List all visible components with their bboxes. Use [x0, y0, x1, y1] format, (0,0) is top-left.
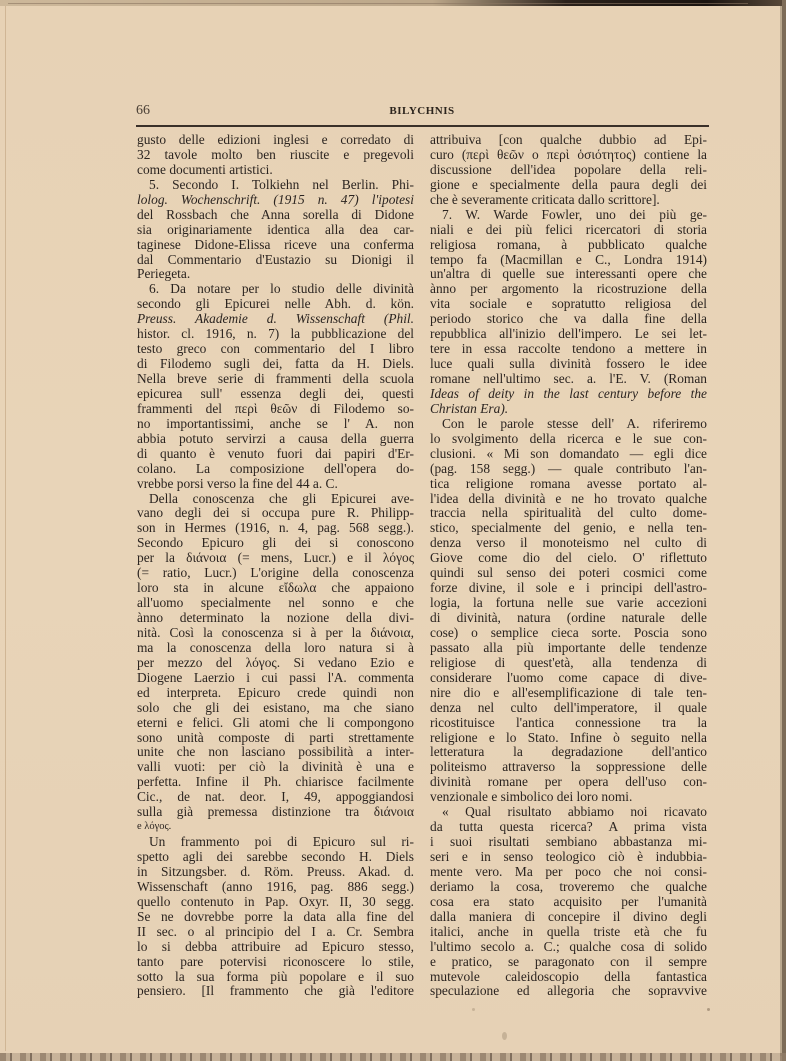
text-line: logia, la fortuna nelle sue varie accezi…: [430, 596, 707, 611]
text-line: mutevole caleidoscopio della fantastica: [430, 970, 707, 985]
left-column: gusto delle edizioni inglesi e corredato…: [137, 133, 414, 999]
text-line: unite che non lasciano possibilità a int…: [137, 745, 414, 760]
text-line: Diogene Laerzio i cui passi l'A. comment…: [137, 671, 414, 686]
text-line: i suoi risultati sembiano abbastanza mi-: [430, 835, 707, 850]
text-line: dal Commentario d'Eustazio su Dionigi il: [137, 253, 414, 268]
text-line: sia originariamente identica alla dea ca…: [137, 223, 414, 238]
text-line: mente vero. Ma per poco che noi consi-: [430, 865, 707, 880]
text-line: gusto delle edizioni inglesi e corredato…: [137, 133, 414, 148]
text-line: nità. Così la conoscenza si à per la διά…: [137, 626, 414, 641]
text-line: un'altra di quelle sue interessanti oper…: [430, 267, 707, 282]
text-line: vrebbe porsi verso la fine del 44 a. C.: [137, 477, 414, 492]
text-line: per la διάνοια (= mens, Lucr.) e il λόγο…: [137, 551, 414, 566]
text-line: son in Hermes (1916, n. 4, pag. 568 segg…: [137, 521, 414, 536]
text-line: letteratura la degradazione dell'antico: [430, 745, 707, 760]
page-top-edge-line: [8, 3, 748, 4]
paper-stain: [502, 1032, 507, 1040]
text-line: attribuiva [con qualche dubbio ad Epi-: [430, 133, 707, 148]
page-right-shadow: [782, 0, 786, 1061]
text-line: denza verso il monoteismo nel culto di: [430, 536, 707, 551]
text-line: valli vuoti: per ciò la divinità è una e: [137, 760, 414, 775]
text-line: cosa era stato acquisito per l'umanità: [430, 895, 707, 910]
journal-title: BILYCHNIS: [136, 105, 708, 117]
text-line: religiose di quest'età, alla tendenza di: [430, 656, 707, 671]
text-line: tempo fa (Macmillan e C., Londra 1914): [430, 253, 707, 268]
text-line: stico, specialmente del genio, e nella t…: [430, 521, 707, 536]
text-line: lo si debba attribuire ad Epicuro stesso…: [137, 940, 414, 955]
text-line: sotto la sua forma più popolare e il suo: [137, 970, 414, 985]
text-line: considerare l'uomo come capace di dive-: [430, 671, 707, 686]
paper-speck: [472, 1008, 475, 1011]
text-line: per mezzo del λόγος. Si vedano Ezio e: [137, 656, 414, 671]
running-head: 66 BILYCHNIS: [136, 103, 708, 121]
text-line: e λόγος.: [137, 820, 414, 835]
text-line: speculazione ed allegoria che sopravvive: [430, 984, 707, 999]
text-line: frammenti del περὶ θεῶν di Filodemo so-: [137, 402, 414, 417]
book-title-line: Christan Era).: [430, 402, 707, 417]
text-line: politeismo attraverso la soppressione de…: [430, 760, 707, 775]
book-title-line: Ideas of deity in the last century befor…: [430, 387, 707, 402]
text-line: in Sitzungsber. d. Röm. Preuss. Akad. d.: [137, 865, 414, 880]
quote-paragraph-start: « Qual risultato abbiamo noi ricavato: [430, 805, 707, 820]
text-line: Nella breve serie di frammenti della scu…: [137, 372, 414, 387]
text-line: (pag. 158 segg.) — quale contributo l'an…: [430, 462, 707, 477]
text-line: niali e dei più felici ricercatori di st…: [430, 223, 707, 238]
header-rule: [136, 125, 709, 127]
text-line: venzionale e simbolico dei loro nomi.: [430, 790, 707, 805]
text-line: epicurea sull' essenza degli dei, questi: [137, 387, 414, 402]
text-line: Wissenschaft (anno 1916, pag. 886 segg.): [137, 880, 414, 895]
text-line: Se ne dovrebbe porre la data alla fine d…: [137, 910, 414, 925]
text-line: traccia nella spiritualità del culto dom…: [430, 506, 707, 521]
text-line: seri e in senso teologico ciò è indubbia…: [430, 850, 707, 865]
text-line: deriamo la cosa, troveremo che qualche: [430, 880, 707, 895]
right-column: attribuiva [con qualche dubbio ad Epi- c…: [430, 133, 707, 999]
text-line: no importantissimi, anche se l' A. non: [137, 417, 414, 432]
text-line: che è severamente criticata dallo scritt…: [430, 193, 707, 208]
item-6-start: 6. Da notare per lo studio delle divinit…: [137, 282, 414, 297]
text-line: spetto agli dei sarebbe secondo H. Diels: [137, 850, 414, 865]
text-line: taginese Didone-Elissa riceve una confer…: [137, 238, 414, 253]
text-line: vita sociale e sopratutto religiosa del: [430, 297, 707, 312]
text-line: Giove come dio del cielo. O' riflettuto: [430, 551, 707, 566]
text-line: denza nel culto dell'imperatore, il qual…: [430, 701, 707, 716]
text-line: eterni e felici. Gli atomi che li compon…: [137, 716, 414, 731]
text-line: forze divine, il sole e i principi dell'…: [430, 581, 707, 596]
item-7-start: 7. W. Warde Fowler, uno dei più ge-: [430, 208, 707, 223]
text-line: come documenti artistici.: [137, 163, 414, 178]
text-line: colano. La composizione dell'opera do-: [137, 462, 414, 477]
text-line: di Filodemo sugli dei, fatta da H. Diels…: [137, 357, 414, 372]
text-line: repubblica all'inizio dell'impero. Le se…: [430, 327, 707, 342]
text-line: Secondo Epicuro gli dei si conoscono: [137, 536, 414, 551]
text-line: e pratico, se paragonato con il sempre: [430, 955, 707, 970]
paragraph-start: Un frammento poi di Epicuro sul ri-: [137, 835, 414, 850]
text-line: tanto pare potervisi riconoscere lo stil…: [137, 955, 414, 970]
text-line: sulla già premessa distinzione tra διάνο…: [137, 805, 414, 820]
text-line: dalla maniera di concepire il divino deg…: [430, 910, 707, 925]
page-left-edge: [5, 6, 6, 1051]
text-line: italici, anche in quella triste età che …: [430, 925, 707, 940]
text-line: sono unità composte di parti strettament…: [137, 731, 414, 746]
text-line: passato alla più importante delle tenden…: [430, 641, 707, 656]
text-line: ed interpreta. Epicuro crede quindi non: [137, 686, 414, 701]
text-line: del Rossbach che Anna sorella di Didone: [137, 208, 414, 223]
paper-speck: [707, 1008, 710, 1011]
text-line: quindi sul senso dei poteri cosmici come: [430, 566, 707, 581]
text-line: religiosa romana, à pubblicato qualche: [430, 238, 707, 253]
text-line: nire dio e all'esemplificazione di tale …: [430, 686, 707, 701]
text-line: romane nell'ultimo sec. a. l'E. V. (Roma…: [430, 372, 707, 387]
text-line: Preuss. Akademie d. Wissenschaft (Phil.: [137, 312, 414, 327]
text-line: vano degli dei si occupa pure R. Philipp…: [137, 506, 414, 521]
paragraph-start: Della conoscenza che gli Epicurei ave-: [137, 492, 414, 507]
text-line: loro sta in alcune εἴδωλα che appaiono: [137, 581, 414, 596]
item-5-start: 5. Secondo I. Tolkiehn nel Berlin. Phi-: [137, 178, 414, 193]
text-line: luce quali sulla divinità fossero le ide…: [430, 357, 707, 372]
text-line: periodo storico che va dalla fine della: [430, 312, 707, 327]
paragraph-start: Con le parole stesse dell' A. riferiremo: [430, 417, 707, 432]
text-line: testo greco con commentario del I libro: [137, 342, 414, 357]
text-line: clusioni. « Mi son domandato — egli dice: [430, 447, 707, 462]
text-line: Periegeta.: [137, 267, 414, 282]
text-line: da tutta questa ricerca? A prima vista: [430, 820, 707, 835]
text-line: religione e lo Stato. Infine ò seguito n…: [430, 731, 707, 746]
text-line: perfetta. Infine il Ph. chiarisce facilm…: [137, 775, 414, 790]
text-line: tere in essa raccolte tendono a mettere …: [430, 342, 707, 357]
text-line: ma la conoscenza della loro natura si à: [137, 641, 414, 656]
text-line: all'uomo specialmente nel sonno e che: [137, 596, 414, 611]
text-line: l'idea della divinità e ne ho trovato qu…: [430, 492, 707, 507]
text-line: abbia potuto servirzi a causa della guer…: [137, 432, 414, 447]
text-line: pensiero. [Il frammento che già l'editor…: [137, 984, 414, 999]
text-line: lo svolgimento della ricerca e le sue co…: [430, 432, 707, 447]
text-line: 32 tavole molto ben riuscite e pregevoli: [137, 148, 414, 163]
text-line: discussione dell'idea popolare della rel…: [430, 163, 707, 178]
text-line: l'ultimo secolo a. C.; qualche cosa di s…: [430, 940, 707, 955]
text-line: histor. cl. 1916, n. 7) la pubblicazione…: [137, 327, 414, 342]
text-line: di quanto è venuto fuori dai papiri d'Er…: [137, 447, 414, 462]
text-line: ricostituisce l'antica connessione tra l…: [430, 716, 707, 731]
text-line: lolog. Wochenschrift. (1915 n. 47) l'ipo…: [137, 193, 414, 208]
text-line: Cic., de nat. deor. I, 49, appoggiandosi: [137, 790, 414, 805]
text-line: secondo gli Epicurei nelle Abh. d. kön.: [137, 297, 414, 312]
text-line: di divinità, natura (ordine naturale del…: [430, 611, 707, 626]
text-line: solo che gli dei esistano, ma che siano: [137, 701, 414, 716]
text-line: ànno per argomento la ricostruzione dell…: [430, 282, 707, 297]
text-line: gione e specialmente della paura degli d…: [430, 178, 707, 193]
text-line: II sec. o al principio del I a. Cr. Semb…: [137, 925, 414, 940]
text-line: quello contenuto in Pap. Oxyr. II, 30 se…: [137, 895, 414, 910]
text-line: ànno determinato la nozione della divi-: [137, 611, 414, 626]
text-line: curo (περὶ θεῶν ο περὶ ὁσιότητος) contie…: [430, 148, 707, 163]
text-line: (= ratio, Lucr.) L'origine della conosce…: [137, 566, 414, 581]
text-line: cose) o semplice cieca sorte. Poscia son…: [430, 626, 707, 641]
text-line: divinità romane per opera dell'uso con-: [430, 775, 707, 790]
page-bottom-edge: [0, 1053, 786, 1061]
scanned-page: 66 BILYCHNIS gusto delle edizioni ingles…: [0, 0, 786, 1061]
text-line: tica religione romana avesse portato al-: [430, 477, 707, 492]
